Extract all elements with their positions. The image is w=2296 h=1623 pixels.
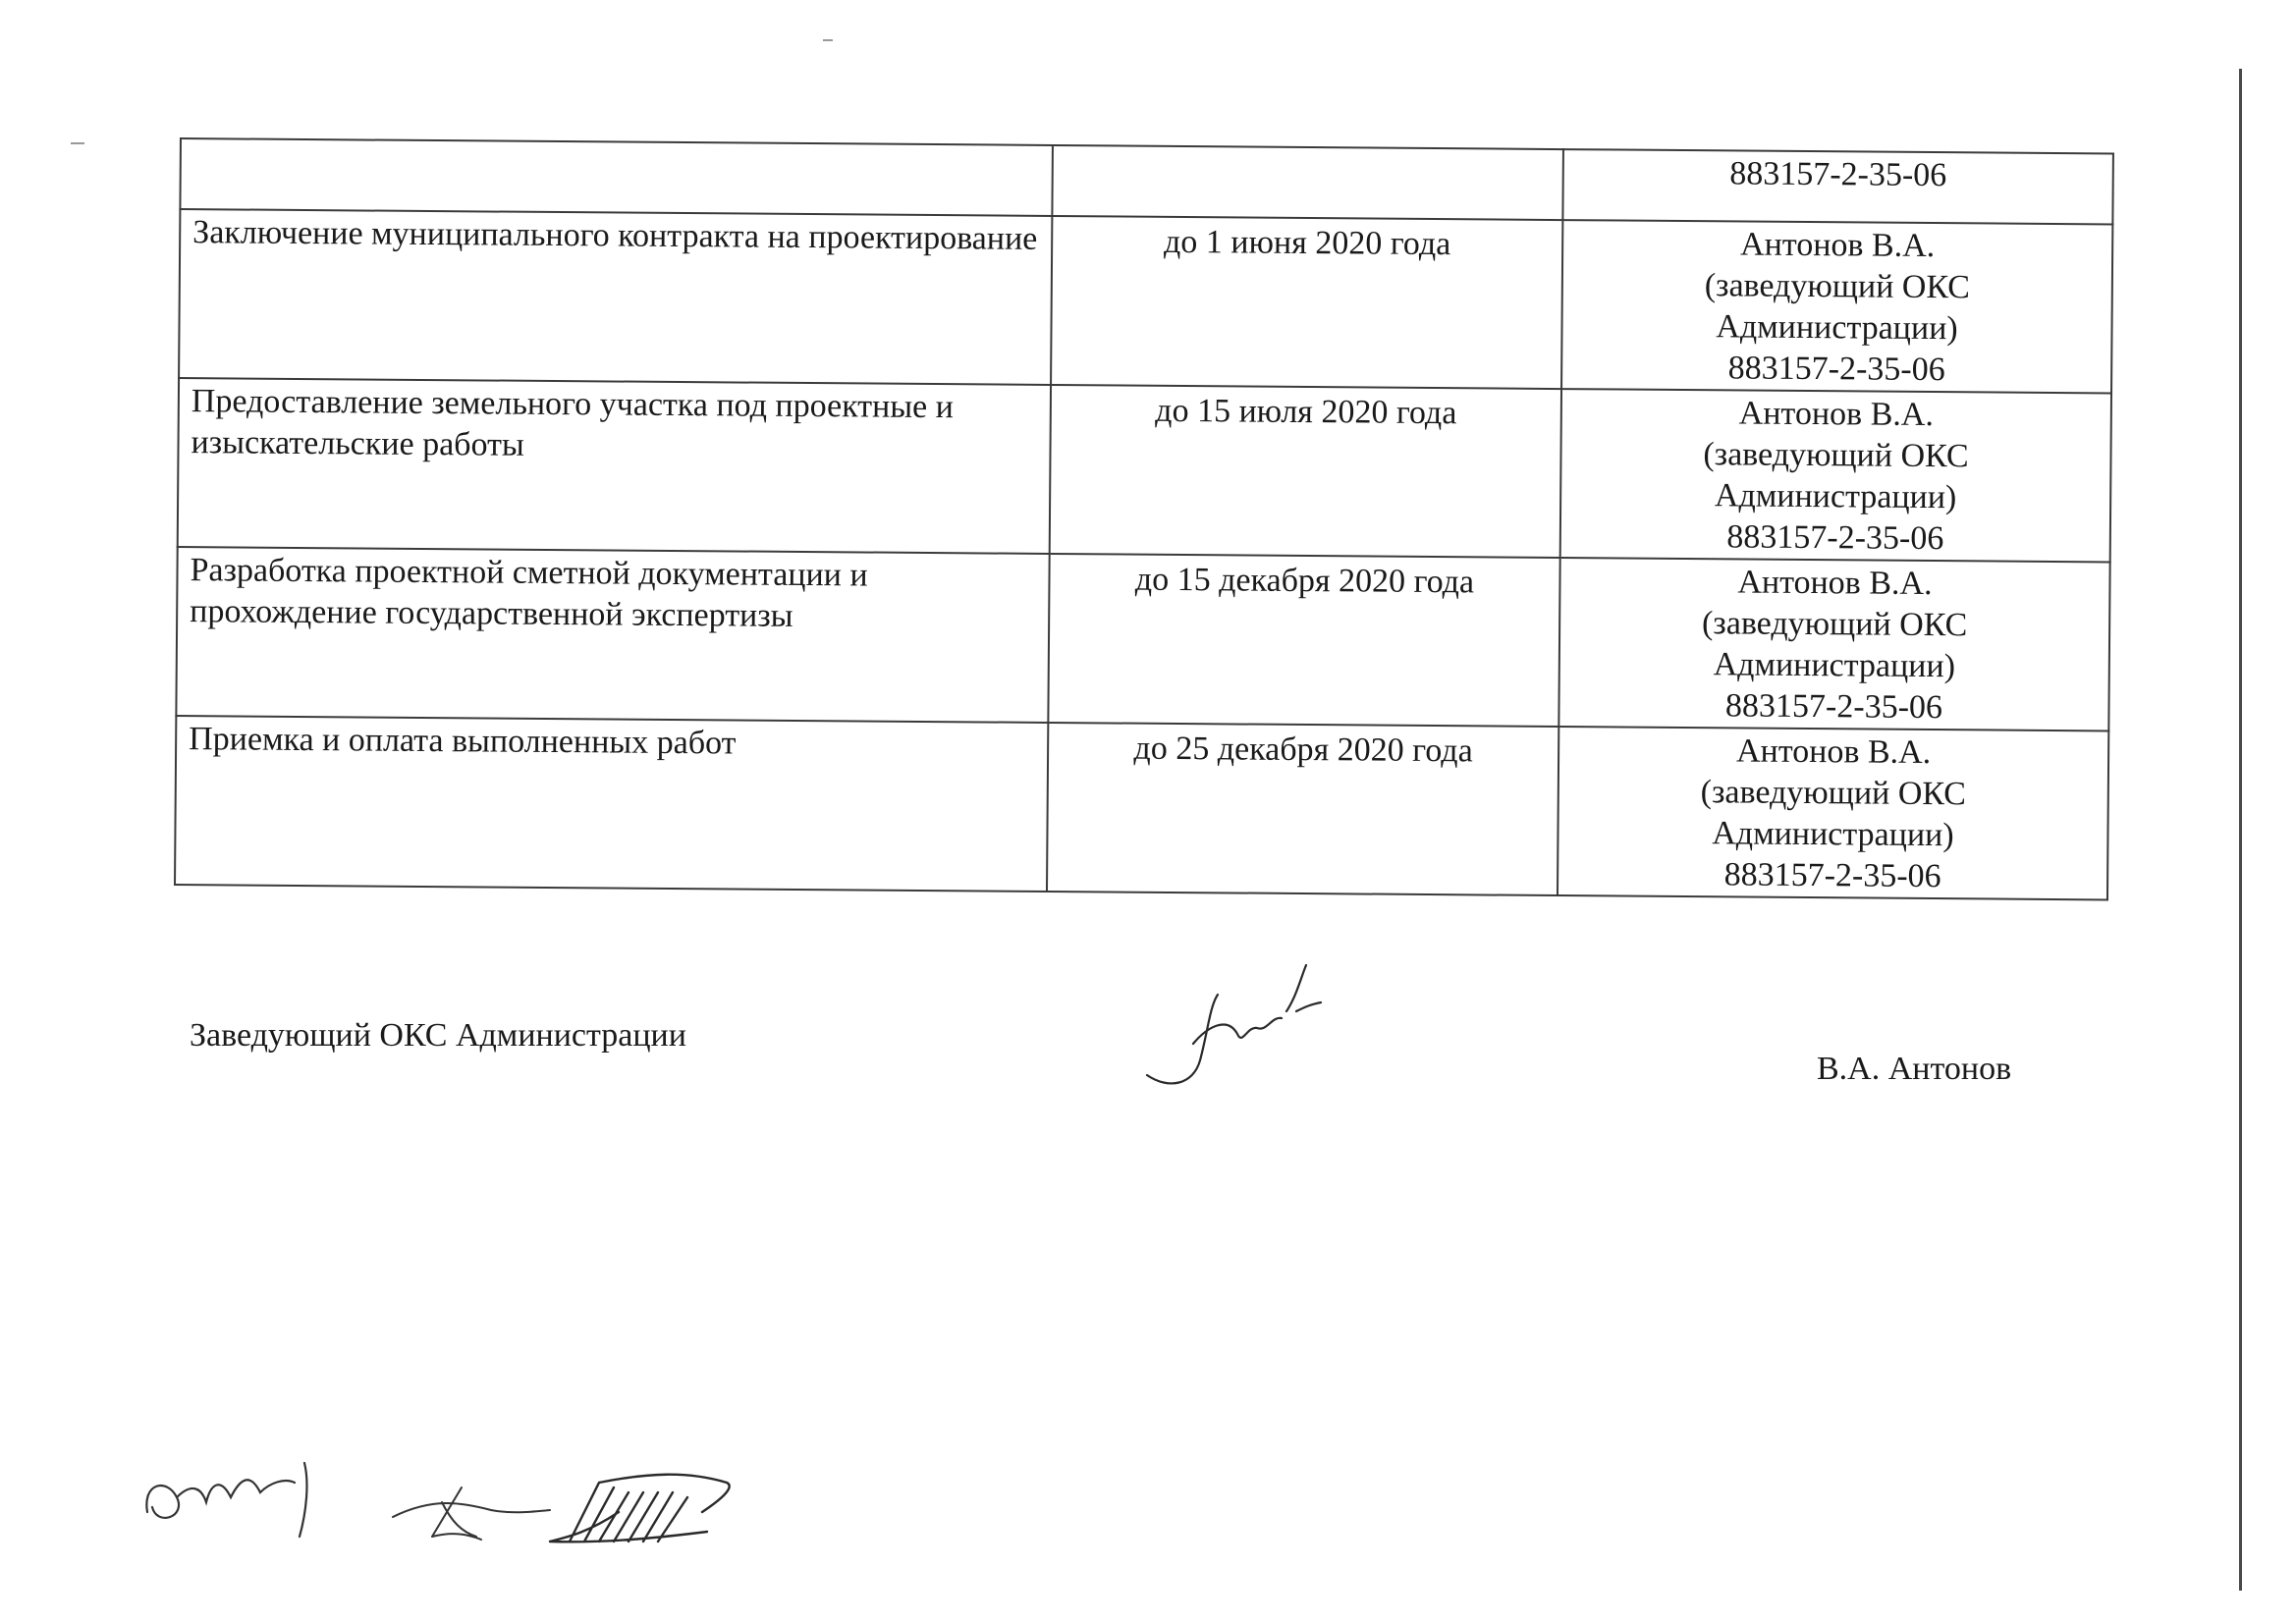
responsible-name: Антонов В.А. — [1572, 561, 2097, 606]
deadline-cell — [1052, 145, 1563, 220]
responsible-name: Антонов В.А. — [1574, 392, 2099, 437]
signatory-position: Заведующий ОКС Администрации — [190, 1017, 686, 1055]
table-row: Предоставление земельного участка под пр… — [178, 378, 2111, 562]
responsible-org: Администрации) — [1570, 812, 2095, 857]
responsible-name: Антонов В.А. — [1575, 223, 2100, 268]
task-cell: Предоставление земельного участка под пр… — [178, 378, 1051, 554]
responsible-position: (заведующий ОКС — [1571, 771, 2096, 816]
phone-text: 883157-2-35-06 — [1574, 347, 2099, 392]
table-row: Заключение муниципального контракта на п… — [179, 209, 2112, 393]
deadline-cell: до 15 декабря 2020 года — [1048, 554, 1559, 727]
responsible-position: (заведующий ОКС — [1575, 264, 2100, 309]
responsible-cell: Антонов В.А. (заведующий ОКС Администрац… — [1558, 558, 2109, 730]
approval-signatures-icon — [137, 1443, 884, 1571]
table-row: Разработка проектной сметной документаци… — [176, 547, 2109, 730]
scan-speck — [823, 39, 833, 41]
task-cell: Заключение муниципального контракта на п… — [179, 209, 1052, 385]
deadline-cell: до 15 июля 2020 года — [1050, 385, 1561, 558]
responsible-cell: 883157-2-35-06 — [1562, 149, 2113, 224]
deadline-cell: до 1 июня 2020 года — [1051, 216, 1562, 389]
responsible-cell: Антонов В.А. (заведующий ОКС Администрац… — [1558, 727, 2108, 899]
schedule-table: 883157-2-35-06 Заключение муниципального… — [174, 137, 2114, 900]
phone-text: 883157-2-35-06 — [1573, 515, 2098, 561]
responsible-cell: Антонов В.А. (заведующий ОКС Администрац… — [1560, 389, 2111, 562]
responsible-position: (заведующий ОКС — [1572, 602, 2097, 647]
responsible-cell: Антонов В.А. (заведующий ОКС Администрац… — [1561, 220, 2112, 393]
deadline-cell: до 25 декабря 2020 года — [1047, 723, 1558, 895]
scan-page-edge — [2239, 69, 2242, 1591]
task-cell: Разработка проектной сметной документаци… — [176, 547, 1049, 723]
table-row: Приемка и оплата выполненных работ до 25… — [175, 716, 2108, 899]
task-cell: Приемка и оплата выполненных работ — [175, 716, 1048, 892]
responsible-org: Администрации) — [1572, 643, 2097, 688]
responsible-name: Антонов В.А. — [1571, 730, 2096, 775]
phone-text: 883157-2-35-06 — [1571, 684, 2096, 730]
phone-text: 883157-2-35-06 — [1576, 152, 2101, 197]
signature-icon — [1139, 957, 1365, 1095]
phone-text: 883157-2-35-06 — [1570, 853, 2095, 898]
responsible-position: (заведующий ОКС — [1573, 433, 2098, 478]
responsible-org: Администрации) — [1574, 305, 2099, 351]
task-cell — [180, 138, 1053, 216]
scan-speck — [71, 142, 84, 144]
signatory-name: В.А. Антонов — [1817, 1051, 2011, 1088]
responsible-org: Администрации) — [1573, 474, 2098, 519]
